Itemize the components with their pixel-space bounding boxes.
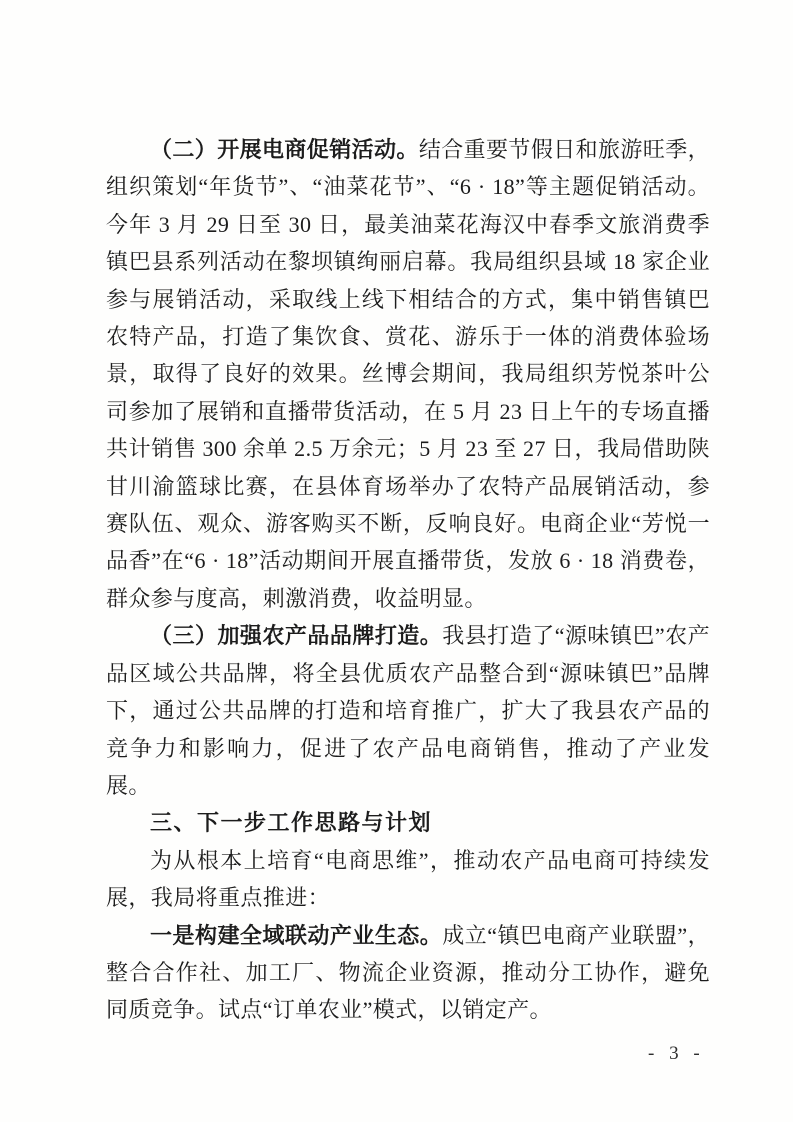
page-number: - 3 - xyxy=(648,1043,705,1065)
para-ecommerce-promotion: （二）开展电商促销活动。结合重要节假日和旅游旺季，组织策划“年货节”、“油菜花节… xyxy=(106,131,710,617)
text-run-subhead: （三）加强农产品品牌打造。 xyxy=(150,623,442,648)
para-brand-building: （三）加强农产品品牌打造。我县打造了“源味镇巴”农产品区域公共品牌，将全县优质农… xyxy=(106,617,710,804)
para-plan-intro: 为从根本上培育“电商思维”，推动农产品电商可持续发展，我局将重点推进： xyxy=(106,842,710,917)
text-run-bold-lead: 一是构建全域联动产业生态。 xyxy=(150,923,442,948)
para-measure-one: 一是构建全域联动产业生态。成立“镇巴电商产业联盟”，整合合作社、加工厂、物流企业… xyxy=(106,917,710,1029)
document-page: （二）开展电商促销活动。结合重要节假日和旅游旺季，组织策划“年货节”、“油菜花节… xyxy=(0,0,793,1122)
heading-next-step-plan: 三、下一步工作思路与计划 xyxy=(106,804,710,841)
text-run-body: 我县打造了“源味镇巴”农产品区域公共品牌，将全县优质农产品整合到“源味镇巴”品牌… xyxy=(106,623,710,798)
text-run-body: 结合重要节假日和旅游旺季，组织策划“年货节”、“油菜花节”、“6 · 18”等主… xyxy=(106,137,710,611)
text-run-heading: 三、下一步工作思路与计划 xyxy=(150,810,432,835)
document-body: （二）开展电商促销活动。结合重要节假日和旅游旺季，组织策划“年货节”、“油菜花节… xyxy=(106,131,710,1029)
text-run-subhead: （二）开展电商促销活动。 xyxy=(150,137,419,162)
text-run-body: 为从根本上培育“电商思维”，推动农产品电商可持续发展，我局将重点推进： xyxy=(106,848,710,910)
